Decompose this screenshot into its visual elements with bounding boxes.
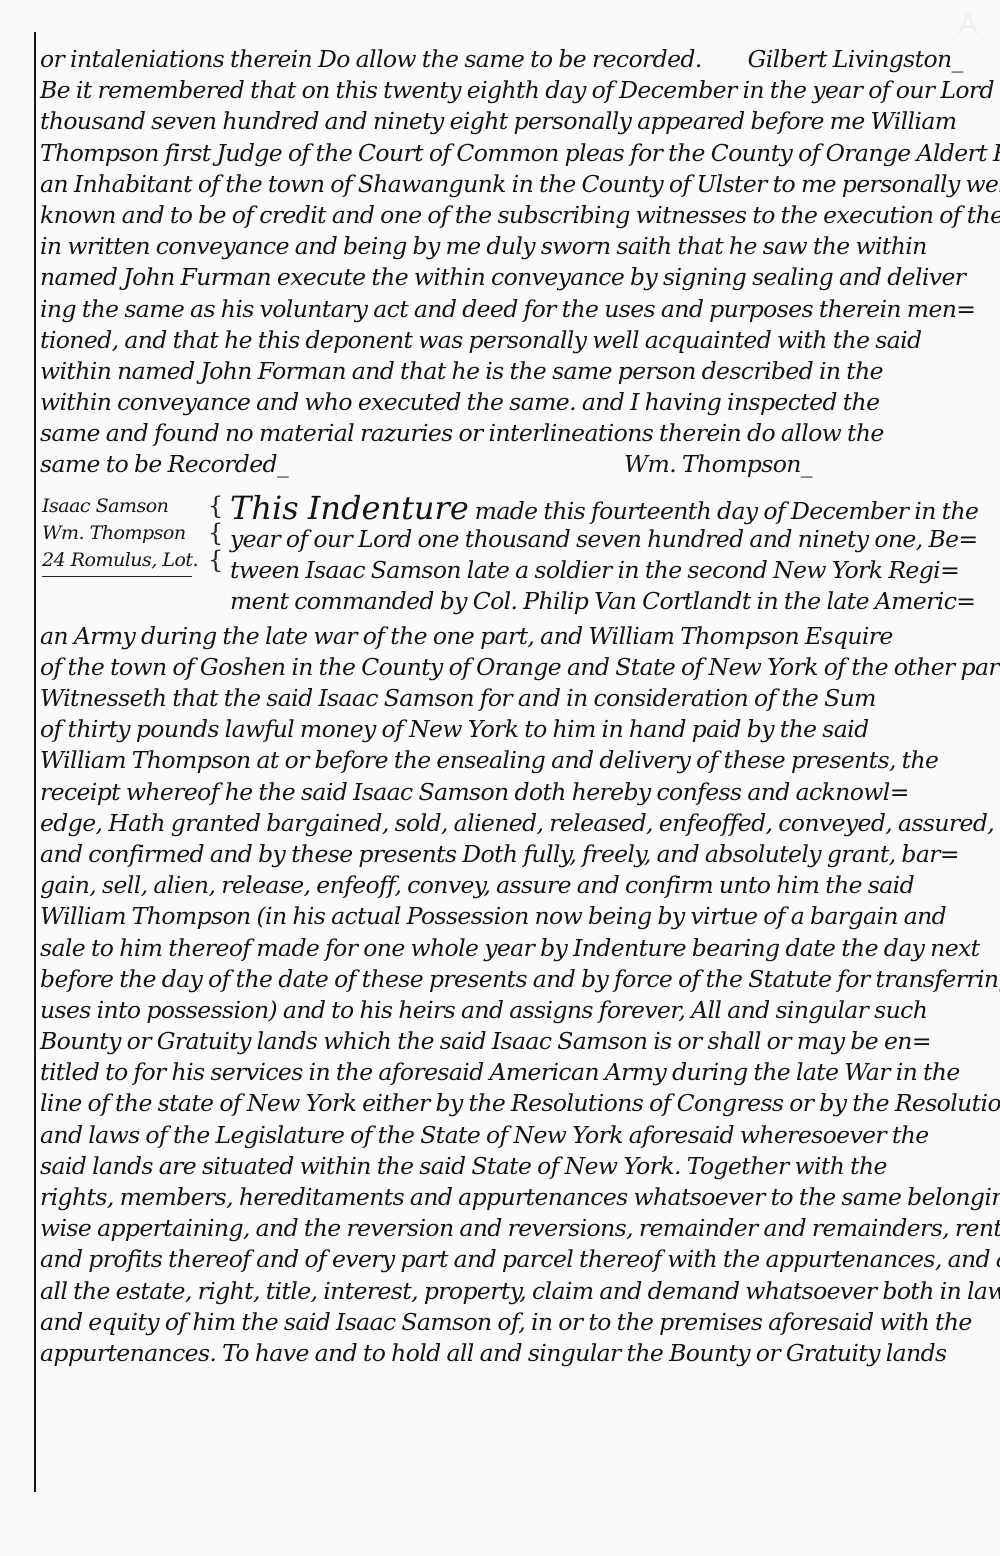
text-line: an Inhabitant of the town of Shawangunk … [40,169,940,200]
text-line: and profits thereof and of every part an… [40,1244,940,1275]
text-line: same to be Recorded_ Wm. Thompson_ [40,449,940,480]
text-line: appurtenances. To have and to hold all a… [40,1338,940,1369]
text-line: ment commanded by Col. Philip Van Cortla… [58,586,978,617]
text-line: an Army during the late war of the one p… [40,621,940,652]
text-line: and confirmed and by these presents Doth… [40,839,940,870]
margin-note: Isaac Samson Wm. Thompson 24 Romulus, Lo… [42,493,202,577]
text-line: year of our Lord one thousand seven hund… [230,524,978,555]
text-line: William Thompson at or before the enseal… [40,745,940,776]
text-line: uses into possession) and to his heirs a… [40,995,940,1026]
text-line: Be it remembered that on this twenty eig… [40,75,940,106]
text-line: titled to for his services in the afores… [40,1057,940,1088]
margin-note-grantee: Wm. Thompson [42,520,202,547]
closing-line: same to be Recorded_ [40,450,288,478]
margin-note-underline [42,576,192,577]
corner-mark: A [958,8,978,42]
text-line: named John Furman execute the within con… [40,262,940,293]
text-line: of the town of Goshen in the County of O… [40,652,940,683]
spacer [40,481,940,493]
text-line: tween Isaac Samson late a soldier in the… [230,555,978,586]
text-line: wise appertaining, and the reversion and… [40,1213,940,1244]
indenture-heading: This Indenture [230,489,469,527]
opening-line: or intaleniations therein Do allow the s… [40,45,702,73]
text-line: receipt whereof he the said Isaac Samson… [40,777,940,808]
text-line: within conveyance and who executed the s… [40,387,940,418]
text-line: edge, Hath granted bargained, sold, alie… [40,808,940,839]
text-line: sale to him thereof made for one whole y… [40,933,940,964]
text-line: in written conveyance and being by me du… [40,231,940,262]
signature-gilbert-livingston: Gilbert Livingston_ [748,44,963,75]
text-line: all the estate, right, title, interest, … [40,1276,940,1307]
text-line: same and found no material razuries or i… [40,418,940,449]
text-line: William Thompson (in his actual Possessi… [40,901,940,932]
margin-note-grantor: Isaac Samson [42,493,202,520]
left-margin-rule [34,32,36,1492]
text-line: within named John Forman and that he is … [40,356,940,387]
indenture-first-lines: This Indenture made this fourteenth day … [230,493,978,617]
text-line: thousand seven hundred and ninety eight … [40,106,940,137]
signature-wm-thompson: Wm. Thompson_ [624,449,812,480]
text-line: rights, members, hereditaments and appur… [40,1182,940,1213]
text-line: line of the state of New York either by … [40,1088,940,1119]
text-line: and equity of him the said Isaac Samson … [40,1307,940,1338]
text-span: made this fourteenth day of December in … [475,497,979,525]
text-line: ing the same as his voluntary act and de… [40,294,940,325]
text-line: known and to be of credit and one of the… [40,200,940,231]
text-line: and laws of the Legislature of the State… [40,1120,940,1151]
text-line: This Indenture made this fourteenth day … [230,493,978,524]
text-line: of thirty pounds lawful money of New Yor… [40,714,940,745]
manuscript-page: or intaleniations therein Do allow the s… [40,44,940,1369]
text-line: tioned, and that he this deponent was pe… [40,325,940,356]
indenture-opening: Isaac Samson Wm. Thompson 24 Romulus, Lo… [40,493,940,621]
text-line: Thompson first Judge of the Court of Com… [40,138,940,169]
curly-brace-icon: {{{ [208,493,223,574]
text-line: before the day of the date of these pres… [40,964,940,995]
text-line: said lands are situated within the said … [40,1151,940,1182]
text-line: Bounty or Gratuity lands which the said … [40,1026,940,1057]
text-line: Witnesseth that the said Isaac Samson fo… [40,683,940,714]
margin-note-lot: 24 Romulus, Lot. [42,547,202,574]
text-line: gain, sell, alien, release, enfeoff, con… [40,870,940,901]
text-line: or intaleniations therein Do allow the s… [40,44,940,75]
